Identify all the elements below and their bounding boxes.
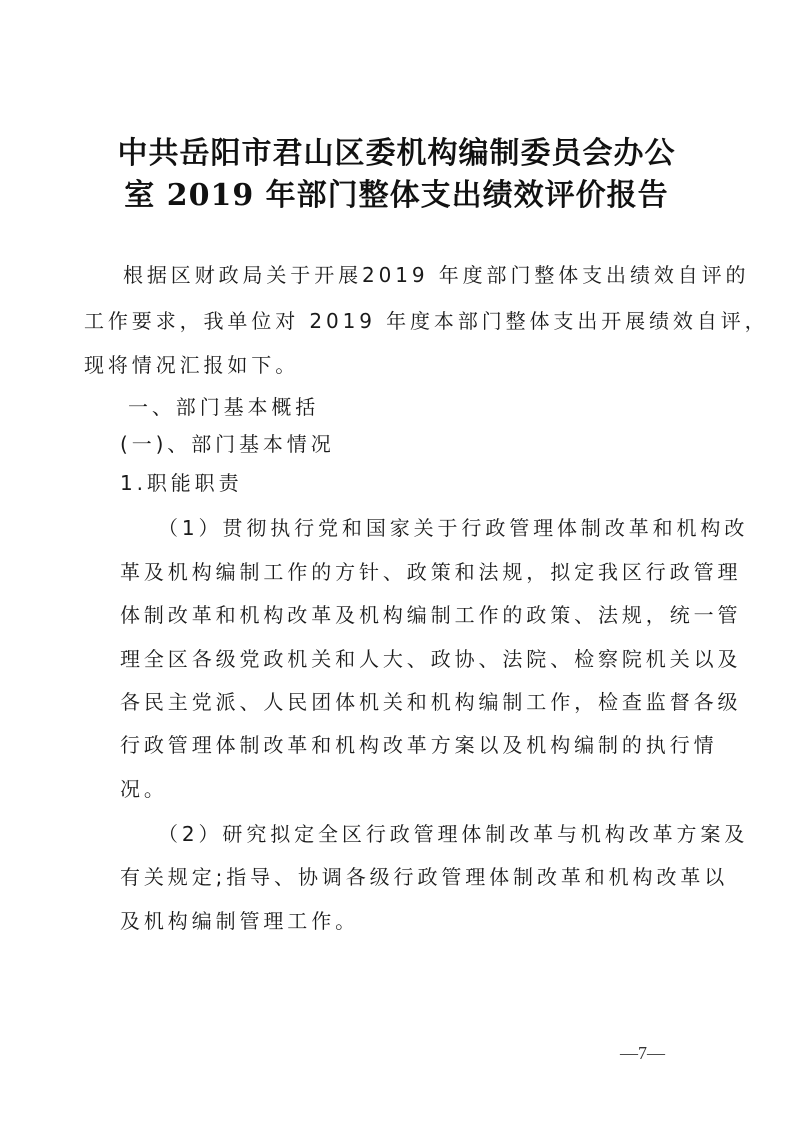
duty-1-line-4: 理全区各级党政机关和人大、政协、法院、检察院机关以及 [120,647,741,671]
duty-2-line-1: （2）研究拟定全区行政管理体制改革与机构改革方案及 [158,822,748,846]
page-number: —7— [620,1043,665,1064]
duty-2-line-3: 及机构编制管理工作。 [120,909,359,933]
subsection-heading: (一)、部门基本情况 [120,432,335,456]
duty-1-line-6: 行政管理体制改革和机构改革方案以及机构编制的执行情 [120,733,718,757]
duty-2-line-2: 有关规定;指导、协调各级行政管理体制改革和机构改革以 [120,865,728,889]
intro-line-2: 工作要求，我单位对 2019 年度本部门整体支出开展绩效自评， [84,309,769,333]
duty-1-line-3: 体制改革和机构改革及机构编制工作的政策、法规，统一管 [120,603,741,627]
duty-1-line-7: 况。 [120,777,168,801]
duty-1-line-2: 革及机构编制工作的方针、政策和法规，拟定我区行政管理 [120,560,741,584]
document-title-line-2: 室 2019 年部门整体支出绩效评价报告 [0,170,793,214]
duty-1-line-5: 各民主党派、人民团体机关和机构编制工作，检查监督各级 [120,690,741,714]
intro-line-1: 根据区财政局关于开展2019 年度部门整体支出绩效自评的 [123,263,749,287]
duty-1-line-1: （1）贯彻执行党和国家关于行政管理体制改革和机构改 [158,516,748,540]
section-heading: 一、部门基本概括 [128,395,319,419]
document-title-line-1: 中共岳阳市君山区委机构编制委员会办公 [0,128,793,172]
document-page: 中共岳阳市君山区委机构编制委员会办公 室 2019 年部门整体支出绩效评价报告 … [0,0,793,1122]
intro-line-3: 现将情况汇报如下。 [84,353,299,377]
item-heading: 1.职能职责 [120,471,242,495]
